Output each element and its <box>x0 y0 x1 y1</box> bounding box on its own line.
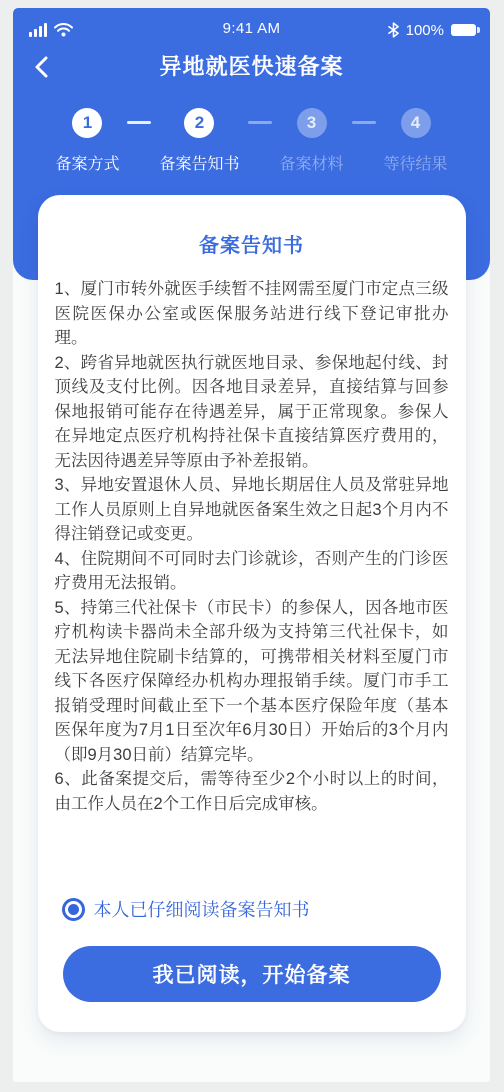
cellular-signal-icon <box>29 23 47 37</box>
notice-paragraph: 3、异地安置退休人员、异地长期居住人员及常驻异地工作人员原则上自异地就医备案生效… <box>55 473 449 547</box>
notice-paragraph: 6、此备案提交后，需等待至少2个小时以上的时间，由工作人员在2个工作日后完成审核… <box>55 767 449 816</box>
status-bar-left <box>29 23 73 37</box>
step-4: 4等待结果 <box>384 108 448 174</box>
step-connector <box>248 121 272 124</box>
step-number-badge: 3 <box>297 108 327 138</box>
nav-bar: 异地就医快速备案 <box>13 44 490 90</box>
notice-paragraphs: 1、厦门市转外就医手续暂不挂网需至厦门市定点三级医院医保办公室或医保服务站进行线… <box>55 277 449 816</box>
step-3: 3备案材料 <box>280 108 344 174</box>
battery-icon <box>451 24 476 36</box>
notice-paragraph: 2、跨省异地就医执行就医地目录、参保地起付线、封顶线及支付比例。因各地目录差异，… <box>55 351 449 474</box>
notice-paragraph: 5、持第三代社保卡（市民卡）的参保人，因各地市医疗机构读卡器尚未全部升级为支持第… <box>55 596 449 768</box>
step-label: 备案材料 <box>280 151 344 174</box>
chevron-left-icon <box>33 55 49 79</box>
agreement-radio[interactable] <box>62 898 85 921</box>
step-1: 1备案方式 <box>55 108 119 174</box>
submit-button[interactable]: 我已阅读，开始备案 <box>63 946 441 1002</box>
notice-paragraph: 4、住院期间不可同时去门诊就诊，否则产生的门诊医疗费用无法报销。 <box>55 547 449 596</box>
battery-percent: 100% <box>406 22 444 39</box>
step-label: 备案告知书 <box>159 151 239 174</box>
agreement-row[interactable]: 本人已仔细阅读备案告知书 <box>62 896 310 922</box>
step-label: 备案方式 <box>55 151 119 174</box>
notice-title: 备案告知书 <box>38 195 466 258</box>
step-number-badge: 2 <box>184 108 214 138</box>
wifi-icon <box>54 23 73 37</box>
step-connector <box>352 121 376 124</box>
step-number-badge: 4 <box>401 108 431 138</box>
radio-dot-icon <box>68 904 79 915</box>
phone-screen: 9:41 AM 100% 异地就医快速备案 1备案方式2备案告知书3备案材料4等… <box>13 8 490 1082</box>
step-label: 等待结果 <box>384 151 448 174</box>
step-number-badge: 1 <box>72 108 102 138</box>
notice-card: 备案告知书 1、厦门市转外就医手续暂不挂网需至厦门市定点三级医院医保办公室或医保… <box>38 195 466 1032</box>
bluetooth-icon <box>388 22 399 38</box>
step-connector <box>127 121 151 124</box>
status-bar-right: 100% <box>388 22 476 39</box>
step-indicator: 1备案方式2备案告知书3备案材料4等待结果 <box>13 108 490 174</box>
step-2: 2备案告知书 <box>159 108 239 174</box>
agreement-label: 本人已仔细阅读备案告知书 <box>94 896 310 922</box>
back-button[interactable] <box>27 53 55 81</box>
status-bar: 9:41 AM 100% <box>13 8 490 42</box>
notice-paragraph: 1、厦门市转外就医手续暂不挂网需至厦门市定点三级医院医保办公室或医保服务站进行线… <box>55 277 449 351</box>
page-title: 异地就医快速备案 <box>13 44 490 90</box>
clock-time: 9:41 AM <box>223 20 281 37</box>
